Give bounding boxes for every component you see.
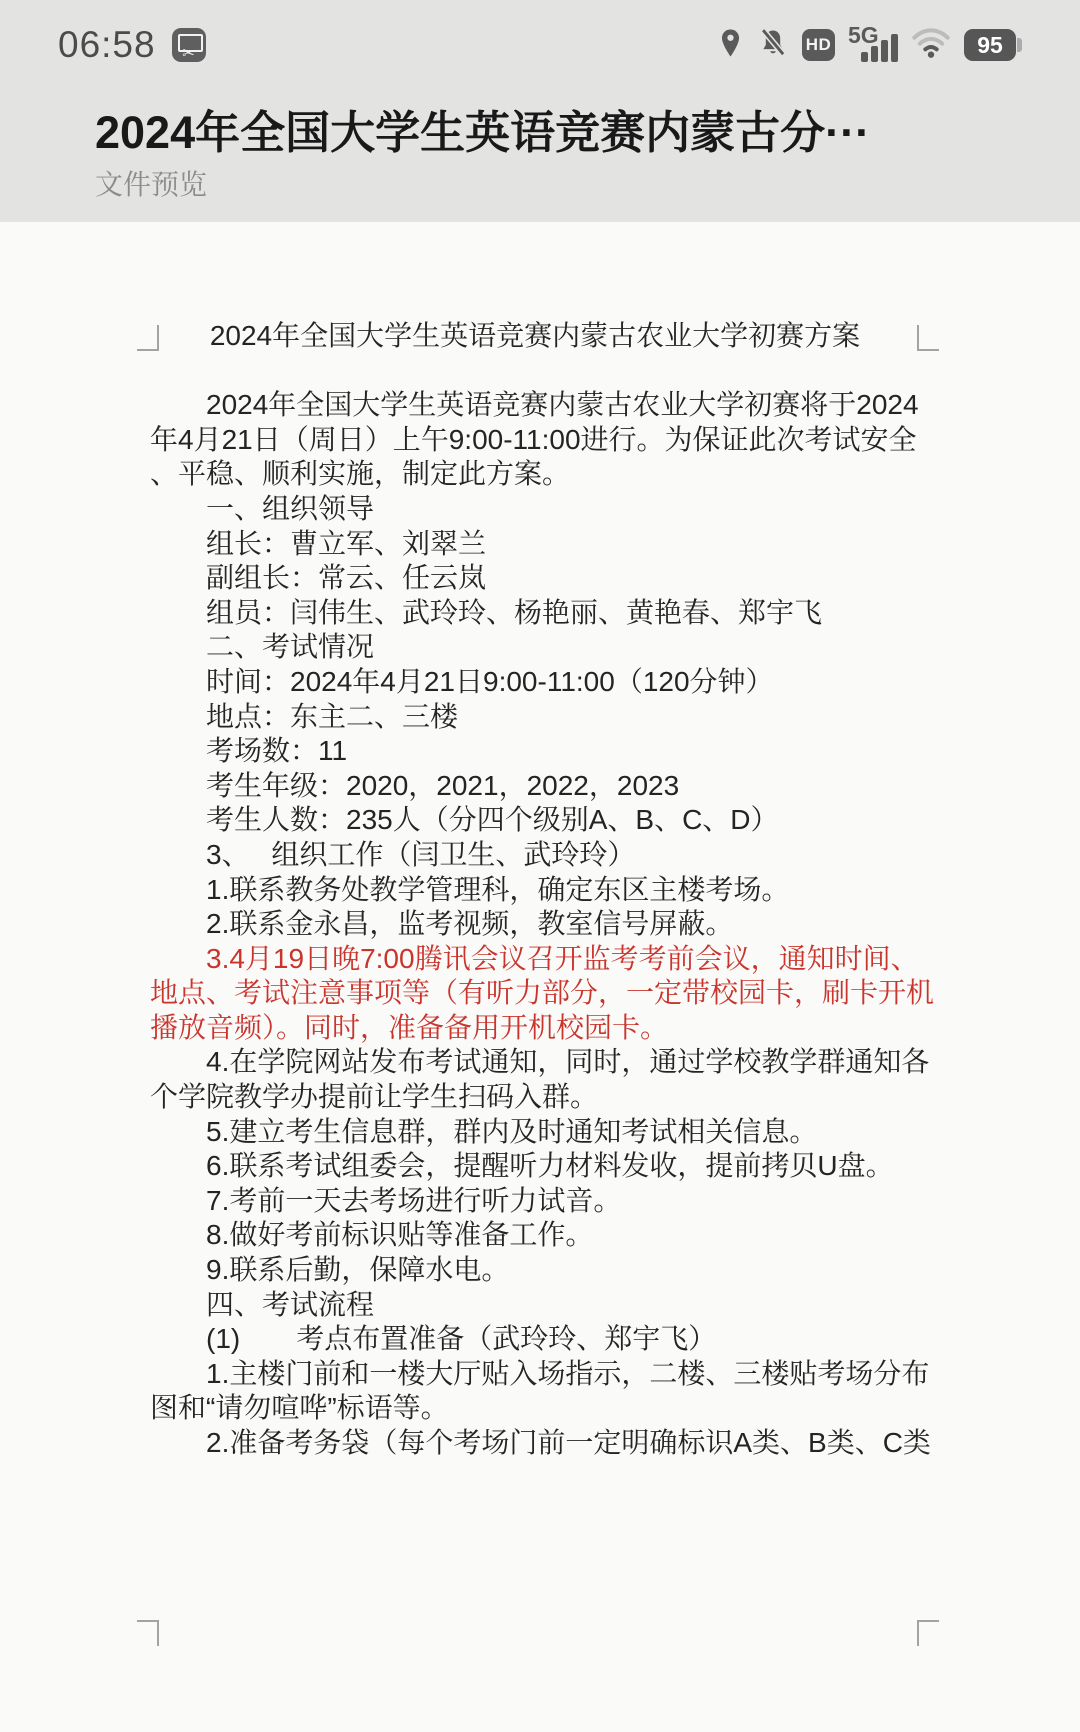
clock: 06:58 [58,24,156,66]
doc-line: 年4月21日（周日）上午9:00-11:00进行。为保证此次考试安全 [150,423,920,458]
document-preview-area[interactable]: 2024年全国大学生英语竞赛内蒙古农业大学初赛方案2024年全国大学生英语竞赛内… [0,222,1080,1732]
doc-line: 时间：2024年4月21日9:00-11:00（120分钟） [150,665,920,700]
doc-line: 图和“请勿喧哗”标语等。 [150,1391,920,1426]
doc-line: 考场数：11 [150,734,920,769]
doc-line: 8.做好考前标识贴等准备工作。 [150,1218,920,1253]
doc-line: (1) 考点布置准备（武玲玲、郑宇飞） [150,1322,920,1357]
doc-line: 二、考试情况 [150,630,920,665]
doc-line: 组员：闫伟生、武玲玲、杨艳丽、黄艳春、郑宇飞 [150,596,920,631]
file-preview-header: 2024年全国大学生英语竞赛内蒙古分··· 文件预览 [0,90,1080,222]
file-preview-label: 文件预览 [95,168,925,202]
doc-line: 1.联系教务处教学管理科，确定东区主楼考场。 [150,873,920,908]
doc-line: 四、考试流程 [150,1288,920,1323]
doc-line: 2.联系金永昌，监考视频，教室信号屏蔽。 [150,907,920,942]
status-bar-right: HD 5G 95 [717,0,1022,90]
file-title: 2024年全国大学生英语竞赛内蒙古分··· [95,102,925,164]
doc-line: 考生年级：2020，2021，2022，2023 [150,769,920,804]
doc-line: 个学院教学办提前让学生扫码入群。 [150,1080,920,1115]
doc-line: 一、组织领导 [150,492,920,527]
scissors-screenshot-icon: ✂ [172,28,206,62]
hd-volte-icon: HD [802,29,835,61]
doc-line: 地点、考试注意事项等（有听力部分，一定带校园卡，刷卡开机 [150,976,920,1011]
doc-line: 2024年全国大学生英语竞赛内蒙古农业大学初赛方案 [150,319,920,354]
location-pin-icon [717,27,744,64]
doc-line: 7.考前一天去考场进行听力试音。 [150,1184,920,1219]
cellular-signal-5g-icon: 5G [848,25,898,65]
doc-line: 6.联系考试组委会，提醒听力材料发收，提前拷贝U盘。 [150,1149,920,1184]
doc-line: 3、 组织工作（闫卫生、武玲玲） [150,838,920,873]
doc-line: 3.4月19日晚7:00腾讯会议召开监考考前会议，通知时间、 [150,942,920,977]
doc-line: 组长：曹立军、刘翠兰 [150,527,920,562]
doc-line: 副组长：常云、任云岚 [150,561,920,596]
status-bar-left: 06:58 ✂ [58,0,206,90]
battery-level: 95 [964,29,1016,61]
doc-lines: 2024年全国大学生英语竞赛内蒙古农业大学初赛方案2024年全国大学生英语竞赛内… [150,319,920,1461]
phone-screen: 06:58 ✂ HD [0,0,1080,1732]
header-title-block: 2024年全国大学生英语竞赛内蒙古分··· 文件预览 [95,102,925,202]
doc-line: 9.联系后勤，保障水电。 [150,1253,920,1288]
doc-line [150,354,920,389]
page-corner-mark-bottom-right [917,1620,939,1646]
doc-line: 考生人数：235人（分四个级别A、B、C、D） [150,803,920,838]
page-corner-mark-bottom-left [137,1620,159,1646]
doc-line: 地点：东主二、三楼 [150,700,920,735]
scissors-glyph: ✂ [172,46,206,61]
status-bar: 06:58 ✂ HD [0,0,1080,90]
doc-line: 5.建立考生信息群，群内及时通知考试相关信息。 [150,1115,920,1150]
doc-line: 1.主楼门前和一楼大厅贴入场指示，二楼、三楼贴考场分布 [150,1357,920,1392]
page-corner-mark-top-right [917,325,939,351]
doc-line: 4.在学院网站发布考试通知，同时，通过学校教学群通知各 [150,1045,920,1080]
doc-line: 2024年全国大学生英语竞赛内蒙古农业大学初赛将于2024 [150,388,920,423]
wifi-icon [911,26,951,64]
doc-line: 、平稳、顺利实施，制定此方案。 [150,457,920,492]
signal-bars-icon [861,34,898,62]
bell-slash-mute-icon [757,27,789,64]
battery-icon: 95 [964,29,1022,61]
battery-nub [1017,38,1022,52]
doc-line: 播放音频）。同时，准备备用开机校园卡。 [150,1011,920,1046]
doc-line: 2.准备考务袋（每个考场门前一定明确标识A类、B类、C类 [150,1426,920,1461]
